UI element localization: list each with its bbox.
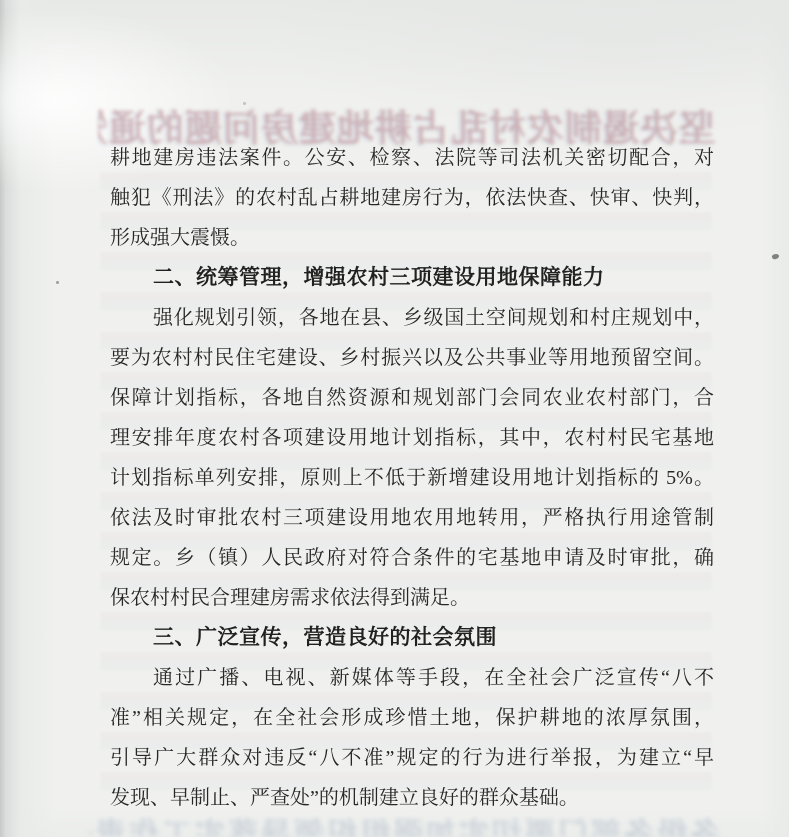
text-line: 要为农村村民住宅建设、乡村振兴以及公共事业等用地预留空间。 — [110, 338, 714, 378]
text-line: 通过广播、电视、新媒体等手段，在全社会广泛宣传“八不 — [110, 658, 714, 698]
scanned-page: 坚决遏制农村乱占耕地建房问题的通知 耕地建房违法案件。公安、检察、法院等司法机关… — [0, 0, 789, 837]
text-line: 引导广大群众对违反“八不准”规定的行为进行举报，为建立“早 — [110, 738, 714, 778]
text-line: 计划指标单列安排，原则上不低于新增建设用地计划指标的 5%。 — [110, 458, 714, 498]
section-heading: 二、统筹管理，增强农村三项建设用地保障能力 — [110, 258, 714, 298]
text-line: 准”相关规定，在全社会形成珍惜土地，保护耕地的浓厚氛围， — [110, 698, 714, 738]
section-heading: 三、广泛宣传，营造良好的社会氛围 — [110, 618, 714, 658]
text-line: 保障计划指标，各地自然资源和规划部门会同农业农村部门，合 — [110, 378, 714, 418]
text-line: 保农村村民合理建房需求依法得到满足。 — [110, 578, 714, 618]
text-line: 耕地建房违法案件。公安、检察、法院等司法机关密切配合，对 — [110, 138, 714, 178]
text-line: 规定。乡（镇）人民政府对符合条件的宅基地申请及时审批，确 — [110, 538, 714, 578]
text-line: 依法及时审批农村三项建设用地农用地转用，严格执行用途管制 — [110, 498, 714, 538]
document-body: 耕地建房违法案件。公安、检察、法院等司法机关密切配合，对触犯《刑法》的农村乱占耕… — [110, 138, 714, 818]
text-line: 触犯《刑法》的农村乱占耕地建房行为，依法快查、快审、快判， — [110, 178, 714, 218]
text-line: 形成强大震慑。 — [110, 218, 714, 258]
text-line: 理安排年度农村各项建设用地计划指标，其中，农村村民宅基地 — [110, 418, 714, 458]
text-line: 强化规划引领，各地在县、乡级国土空间规划和村庄规划中， — [110, 298, 714, 338]
text-line: 发现、早制止、严查处”的机制建立良好的群众基础。 — [110, 778, 714, 818]
